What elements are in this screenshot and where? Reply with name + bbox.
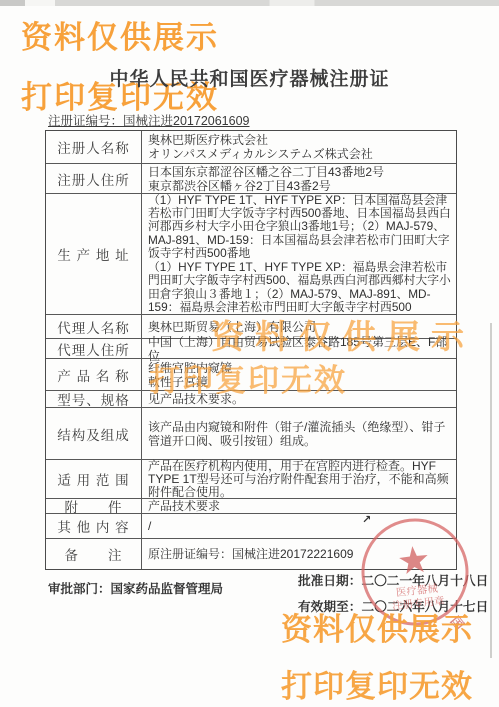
approval-dept-label: 审批部门： <box>48 582 111 596</box>
row-label: 型号、规格 <box>46 391 142 407</box>
value-line: オリンパスメディカルシステムズ株式会社 <box>148 147 453 161</box>
value-line: 产品在医疗机构内使用，用于在宫腔内进行检查。HYF TYPE 1T型号还可与治疗… <box>148 460 453 499</box>
seal-ring <box>358 515 472 629</box>
table-row: 注册人名称 奥林巴斯医疗株式会社 オリンパスメディカルシステムズ株式会社 <box>46 131 456 163</box>
value-line: 该产品由内窥镜和附件（钳子/灌流插头（绝缘型）、钳子管道开口阀、吸引按钮）组成。 <box>148 420 453 448</box>
table-row: 产 品 名 称 纤维宫腔内窥镜 軟性子宮鏡 <box>46 358 456 390</box>
row-label: 注册人名称 <box>46 131 142 163</box>
value-line: 见产品技术要求。 <box>148 392 453 406</box>
row-value: （1）HYF TYPE 1T、HYF TYPE XP：日本国福岛县会津若松市门田… <box>142 194 456 314</box>
svg-text:国家药品监督管理局: 国家药品监督管理局 <box>383 613 481 642</box>
registration-number-label: 注册证编号： <box>48 114 123 128</box>
table-row: 型号、规格 见产品技术要求。 <box>46 390 456 407</box>
value-line: 奥林巴斯医疗株式会社 <box>148 133 453 147</box>
approval-dept-line: 审批部门：国家药品监督管理局 <box>48 579 223 597</box>
row-value: 该产品由内窥镜和附件（钳子/灌流插头（绝缘型）、钳子管道开口阀、吸引按钮）组成。 <box>142 408 456 459</box>
row-value: 见产品技术要求。 <box>142 391 456 407</box>
row-value: 产品在医疗机构内使用，用于在宫腔内进行检查。HYF TYPE 1T型号还可与治疗… <box>142 460 456 498</box>
row-label: 结构及组成 <box>46 408 142 459</box>
seal-arc-text: 国家药品监督管理局 <box>383 613 481 642</box>
page-edge-line <box>490 323 492 658</box>
row-label: 代理人名称 <box>46 315 142 338</box>
table-row: 适 用 范 围 产品在医疗机构内使用，用于在宫腔内进行检查。HYF TYPE 1… <box>46 459 456 498</box>
table-row: 结构及组成 该产品由内窥镜和附件（钳子/灌流插头（绝缘型）、钳子管道开口阀、吸引… <box>46 407 456 459</box>
registration-number-line: 注册证编号：国械注进20172061609 <box>48 111 250 129</box>
value-line: 纤维宫腔内窥镜 <box>148 361 453 375</box>
row-label: 产 品 名 称 <box>46 359 142 390</box>
row-label: 适 用 范 围 <box>46 460 142 498</box>
table-row: 生 产 地 址 （1）HYF TYPE 1T、HYF TYPE XP：日本国福岛… <box>46 193 456 314</box>
approval-dept-value: 国家药品监督管理局 <box>111 582 224 596</box>
row-label: 注册人住所 <box>46 164 142 193</box>
row-value: 纤维宫腔内窥镜 軟性子宮鏡 <box>142 359 456 390</box>
watermark-line: 资料仅供展示 <box>21 12 219 57</box>
value-line: 軟性子宮鏡 <box>148 375 453 389</box>
value-line: （1）HYF TYPE 1T、HYF TYPE XP：福島県会津若松市門田町大字… <box>148 261 453 315</box>
row-label: 备 注 <box>46 539 142 569</box>
certificate-page: 资料仅供展示 打印复印无效 资料仅供展示 打印复印无效 资料仅供展示 打印复印无… <box>0 0 499 707</box>
certificate-title: 中华人民共和国医疗器械注册证 <box>0 64 499 91</box>
row-label: 附 件 <box>46 499 142 513</box>
row-value: 奥林巴斯医疗株式会社 オリンパスメディカルシステムズ株式会社 <box>142 131 456 163</box>
value-line: 日本国东京都涩谷区幡之谷二丁目43番地2号 <box>148 165 453 179</box>
value-line: （1）HYF TYPE 1T、HYF TYPE XP：日本国福岛县会津若松市门田… <box>148 194 453 261</box>
value-line: 奥林巴斯贸易（上海）有限公司 <box>148 320 453 334</box>
value-line: 東京都渋谷区幡ヶ谷2丁目43番2号 <box>148 179 453 193</box>
row-label: 生 产 地 址 <box>46 194 142 314</box>
watermark-line: 打印复印无效 <box>281 661 473 706</box>
row-label: 其 他 内 容 <box>46 514 142 538</box>
scan-top-edge <box>0 0 499 6</box>
registration-number-value: 国械注进20172061609 <box>123 114 249 128</box>
row-value: 中国（上海）自由贸易试验区泰谷路185号第三层E、F部位 <box>142 339 456 358</box>
row-value: 日本国东京都涩谷区幡之谷二丁目43番地2号 東京都渋谷区幡ヶ谷2丁目43番2号 <box>142 164 456 193</box>
table-row: 注册人住所 日本国东京都涩谷区幡之谷二丁目43番地2号 東京都渋谷区幡ヶ谷2丁目… <box>46 163 456 193</box>
valid-until-label: 有效期至： <box>298 600 361 614</box>
table-row: 代理人住所 中国（上海）自由贸易试验区泰谷路185号第三层E、F部位 <box>46 338 456 358</box>
seal-star-icon <box>398 545 429 575</box>
certificate-table: 注册人名称 奥林巴斯医疗株式会社 オリンパスメディカルシステムズ株式会社 注册人… <box>45 130 457 570</box>
cursor-arrow-icon: ↗ <box>362 513 371 526</box>
row-label: 代理人住所 <box>46 339 142 358</box>
